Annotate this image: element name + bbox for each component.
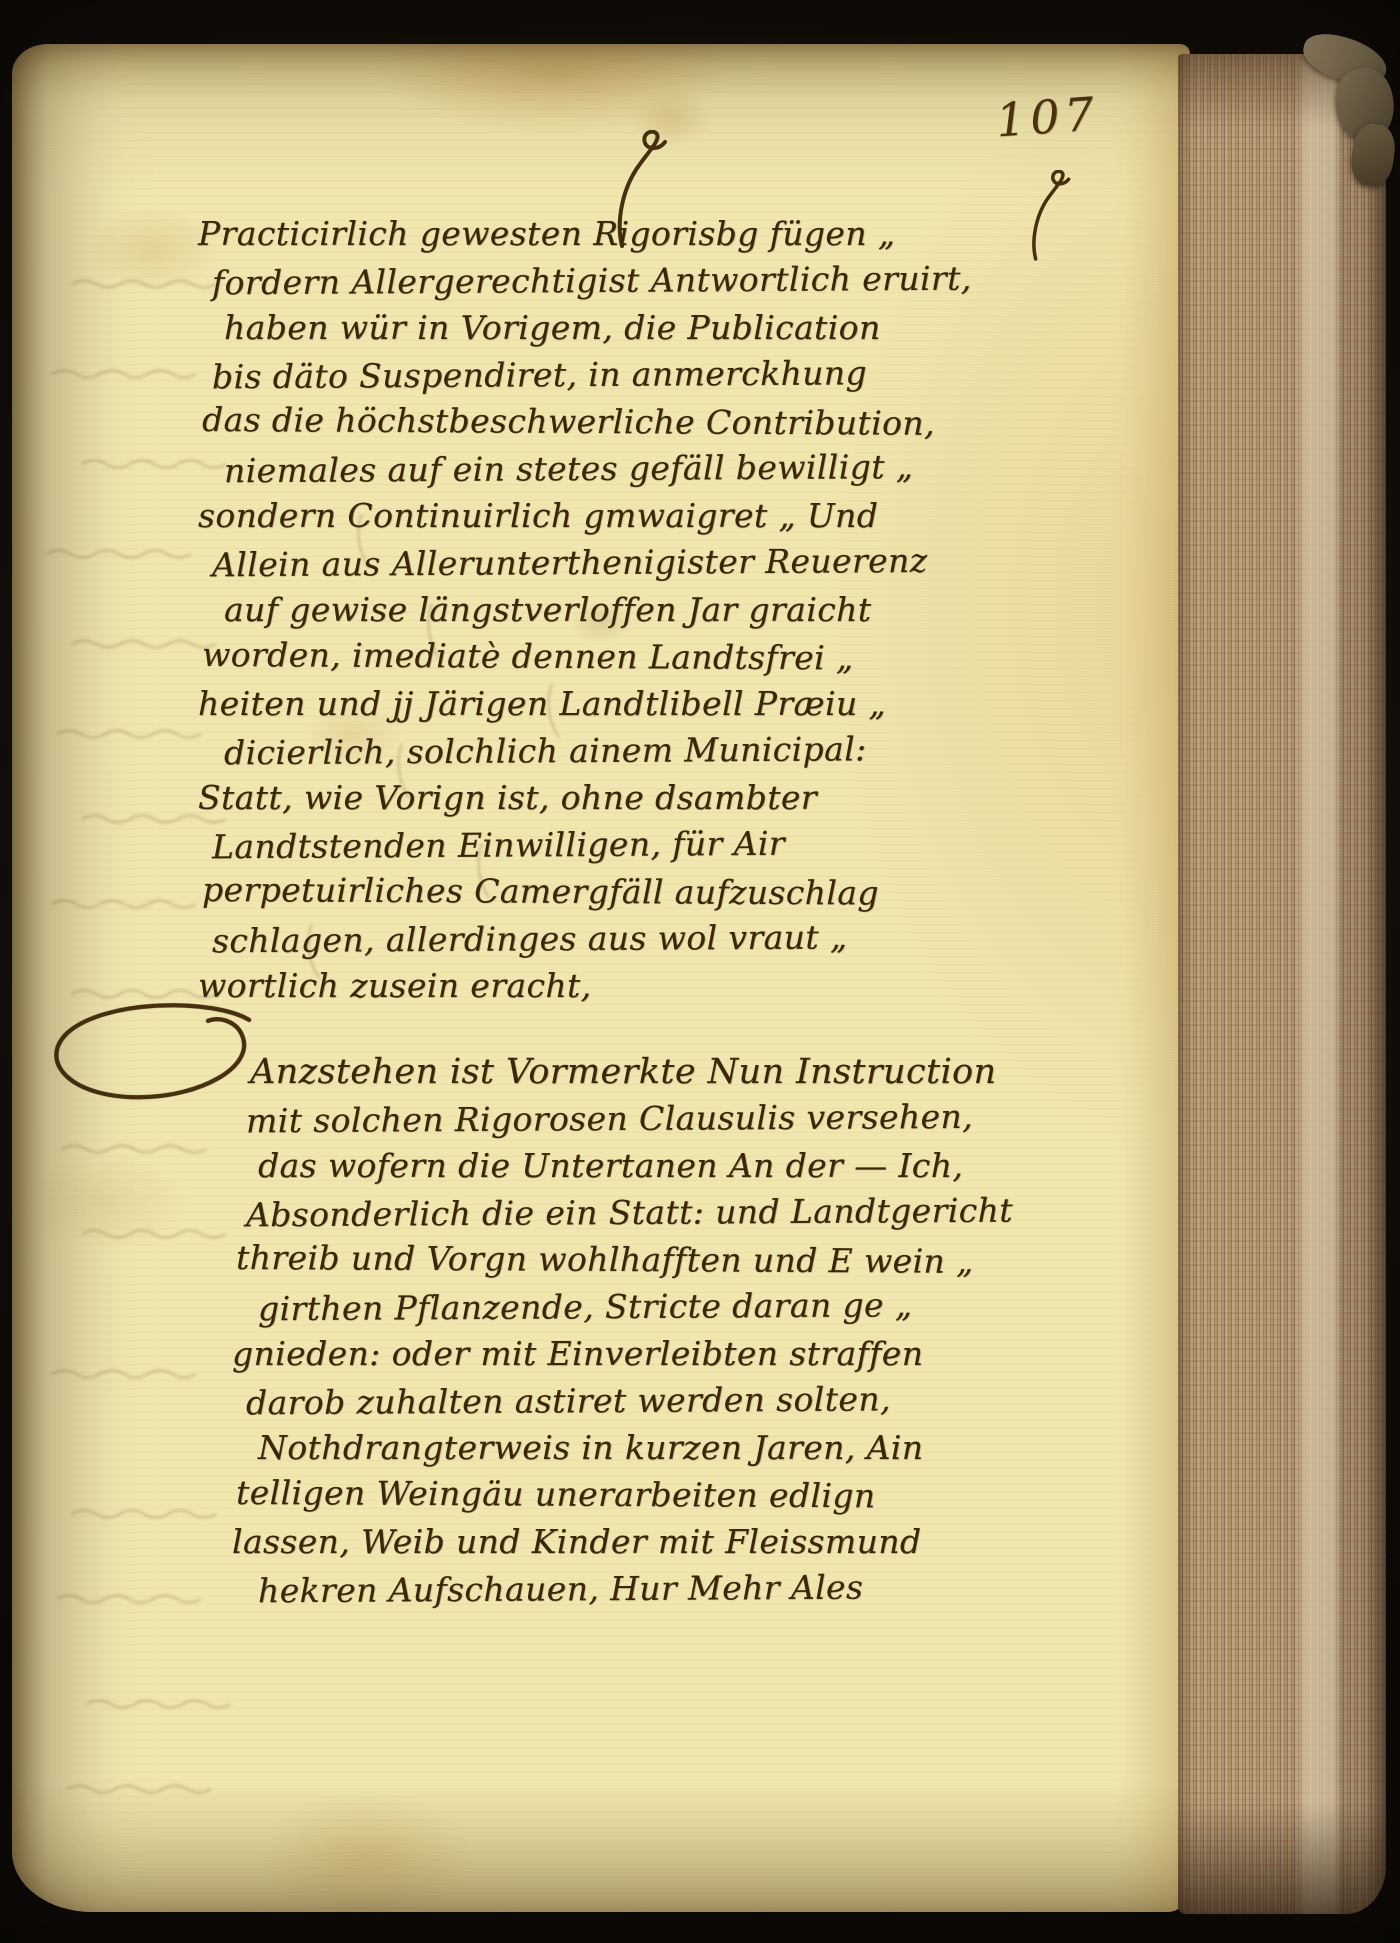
manuscript-line: girthen Pflanzende, Stricte daran ge „ [258, 1285, 1013, 1337]
manuscript-line: Nothdrangterweis in kurzen Jaren, Ain [258, 1428, 1013, 1475]
manuscript-line: sondern Continuirlich gmwaigret „ Und [198, 496, 972, 543]
manuscript-line: Allein aus Allerunterthenigister Reueren… [212, 541, 972, 593]
manuscript-line: worden, imediatè dennen Landtsfrei „ [202, 635, 972, 686]
manuscript-line: bis däto Suspendiret, in anmerckhung [212, 353, 972, 405]
manuscript-line: Absonderlich die ein Statt: und Landtger… [246, 1191, 1013, 1243]
manuscript-line: heiten und jj Järigen Landtlibell Præiu … [198, 684, 972, 731]
manuscript-line: telligen Weingäu unerarbeiten edlign [236, 1473, 1013, 1524]
manuscript-line: das die höchstbeschwerliche Contribution… [202, 400, 972, 451]
manuscript-line: Practicirlich gewesten Rigorisbg fügen „ [198, 214, 972, 261]
manuscript-line: lassen, Weib und Kinder mit Fleissmund [232, 1522, 1013, 1569]
manuscript-line: hekren Aufschauen, Hur Mehr Ales [258, 1567, 1013, 1619]
manuscript-line: Statt, wie Vorign ist, ohne dsambter [198, 778, 972, 825]
manuscript-line: haben wür in Vorigem, die Publication [224, 308, 972, 355]
manuscript-line: niemales auf ein stetes gefäll bewilligt… [224, 447, 972, 499]
manuscript-line: Landtstenden Einwilligen, für Air [212, 823, 972, 875]
manuscript-line: mit solchen Rigorosen Clausulis versehen… [246, 1097, 1013, 1149]
paragraph-1: Practicirlich gewesten Rigorisbg fügen „… [198, 214, 972, 1013]
manuscript-line: Anzstehen ist Vormerkte Nun Instruction [250, 1052, 1013, 1099]
manuscript-line: fordern Allergerechtigist Antwortlich er… [212, 259, 972, 311]
paragraph-2: Anzstehen ist Vormerkte Nun Instructionm… [232, 1052, 1013, 1616]
manuscript-line: auf gewise längstverloffen Jar graicht [224, 590, 972, 637]
manuscript-line: dicierlich, solchlich ainem Municipal: [224, 729, 972, 781]
pen-flourish-icon [1028, 170, 1074, 262]
manuscript-line: schlagen, allerdinges aus wol vraut „ [212, 917, 972, 969]
folio-number: 107 [995, 90, 1101, 143]
manuscript-line: wortlich zusein eracht, [198, 966, 972, 1013]
manuscript-line: gnieden: oder mit Einverleibten straffen [232, 1334, 1013, 1381]
manuscript-line: perpetuirliches Camergfäll aufzuschlag [202, 870, 972, 921]
manuscript-line: darob zuhalten astiret werden solten, [246, 1379, 1013, 1431]
manuscript-photo: 107 Practicirlich gewesten Rigorisbg füg… [0, 0, 1400, 1943]
book-fore-edge [1178, 54, 1386, 1914]
manuscript-line: das wofern die Untertanen An der — Ich, [258, 1146, 1013, 1193]
manuscript-line: threib und Vorgn wohlhafften und E wein … [236, 1238, 1013, 1289]
